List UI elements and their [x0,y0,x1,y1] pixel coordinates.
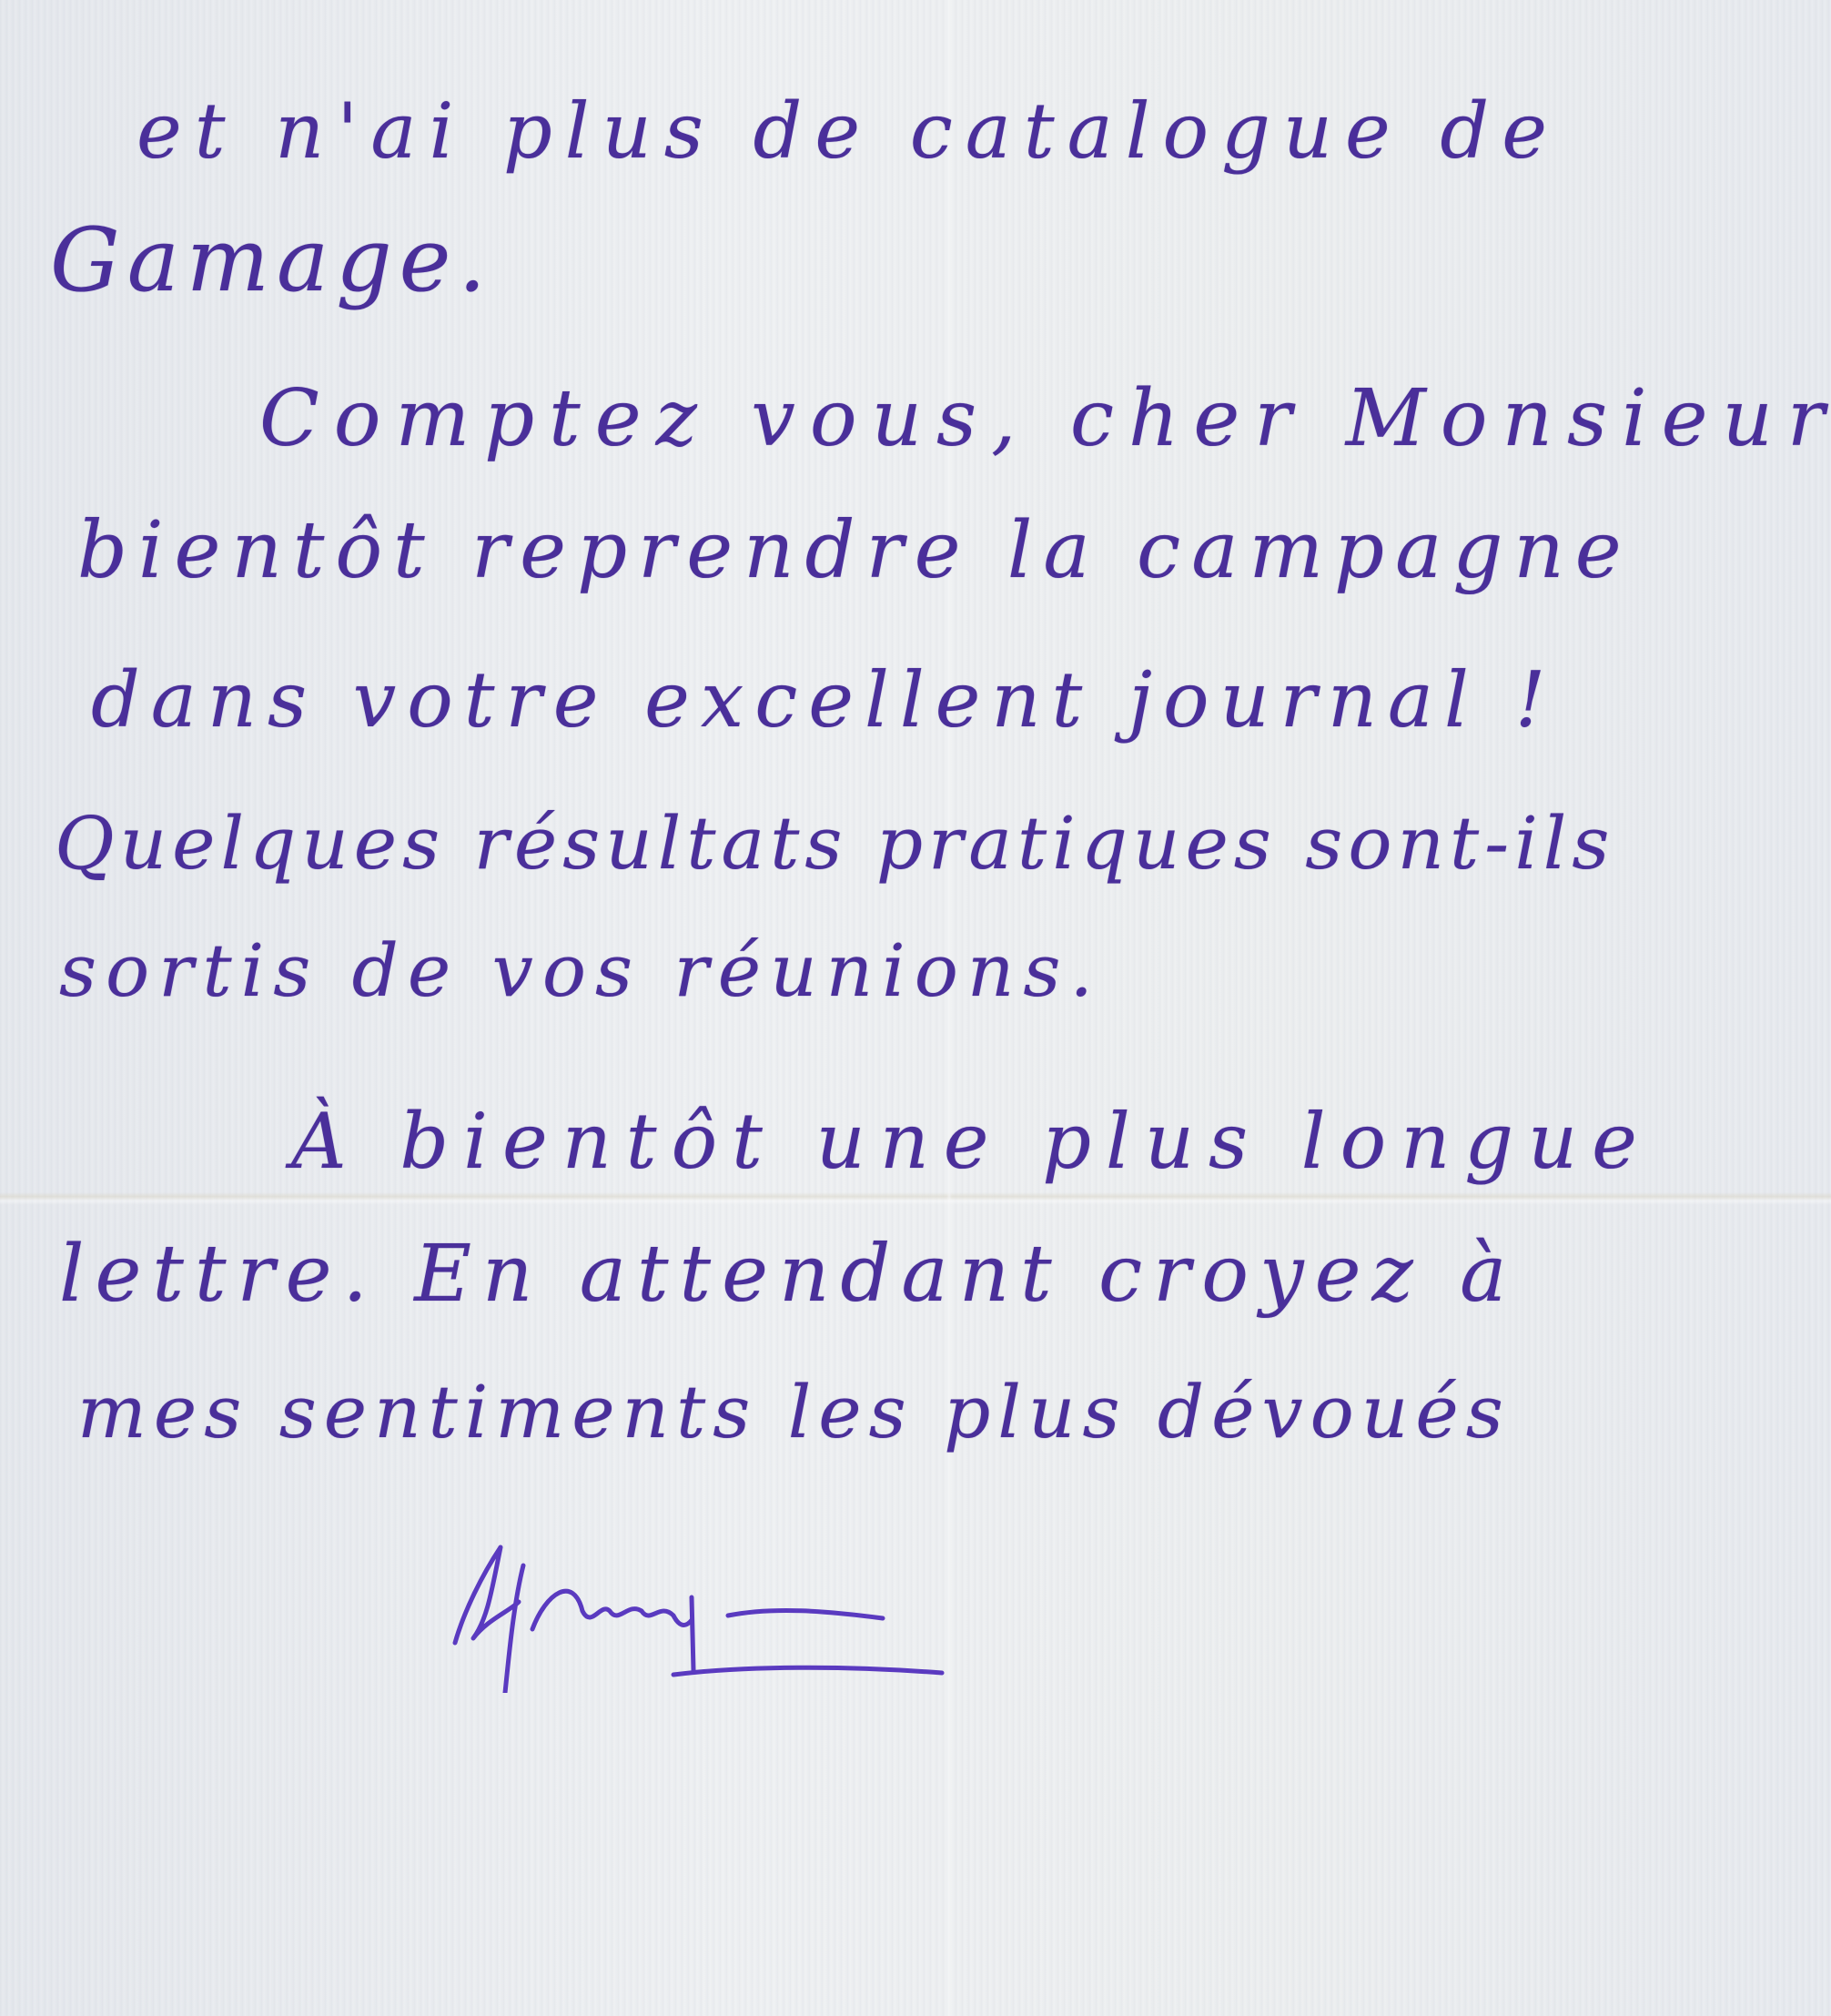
letter-line-6: Quelques résultats pratiques sont-ils [55,801,1614,886]
letter-line-10: mes sentiments les plus dévoués [77,1370,1511,1454]
signature-scribble-icon [446,1511,1320,1693]
letter-line-8: À bientôt une plus longue [291,1097,1652,1186]
letter-line-9: lettre. En attendant croyez à [59,1229,1517,1320]
letter-line-2: Gamage. [50,209,493,311]
letter-line-5: dans votre excellent journal ! [91,655,1556,745]
letter-line-4: bientôt reprendre la campagne [77,505,1633,596]
letter-line-3: Comptez vous, cher Monsieur [259,373,1831,464]
paper-fold-horizontal [0,1192,1831,1205]
letter-line-7: sortis de vos réunions. [59,928,1102,1013]
letter-line-1: et n'ai plus de catalogue de [137,86,1560,176]
signature [446,1511,1320,1693]
